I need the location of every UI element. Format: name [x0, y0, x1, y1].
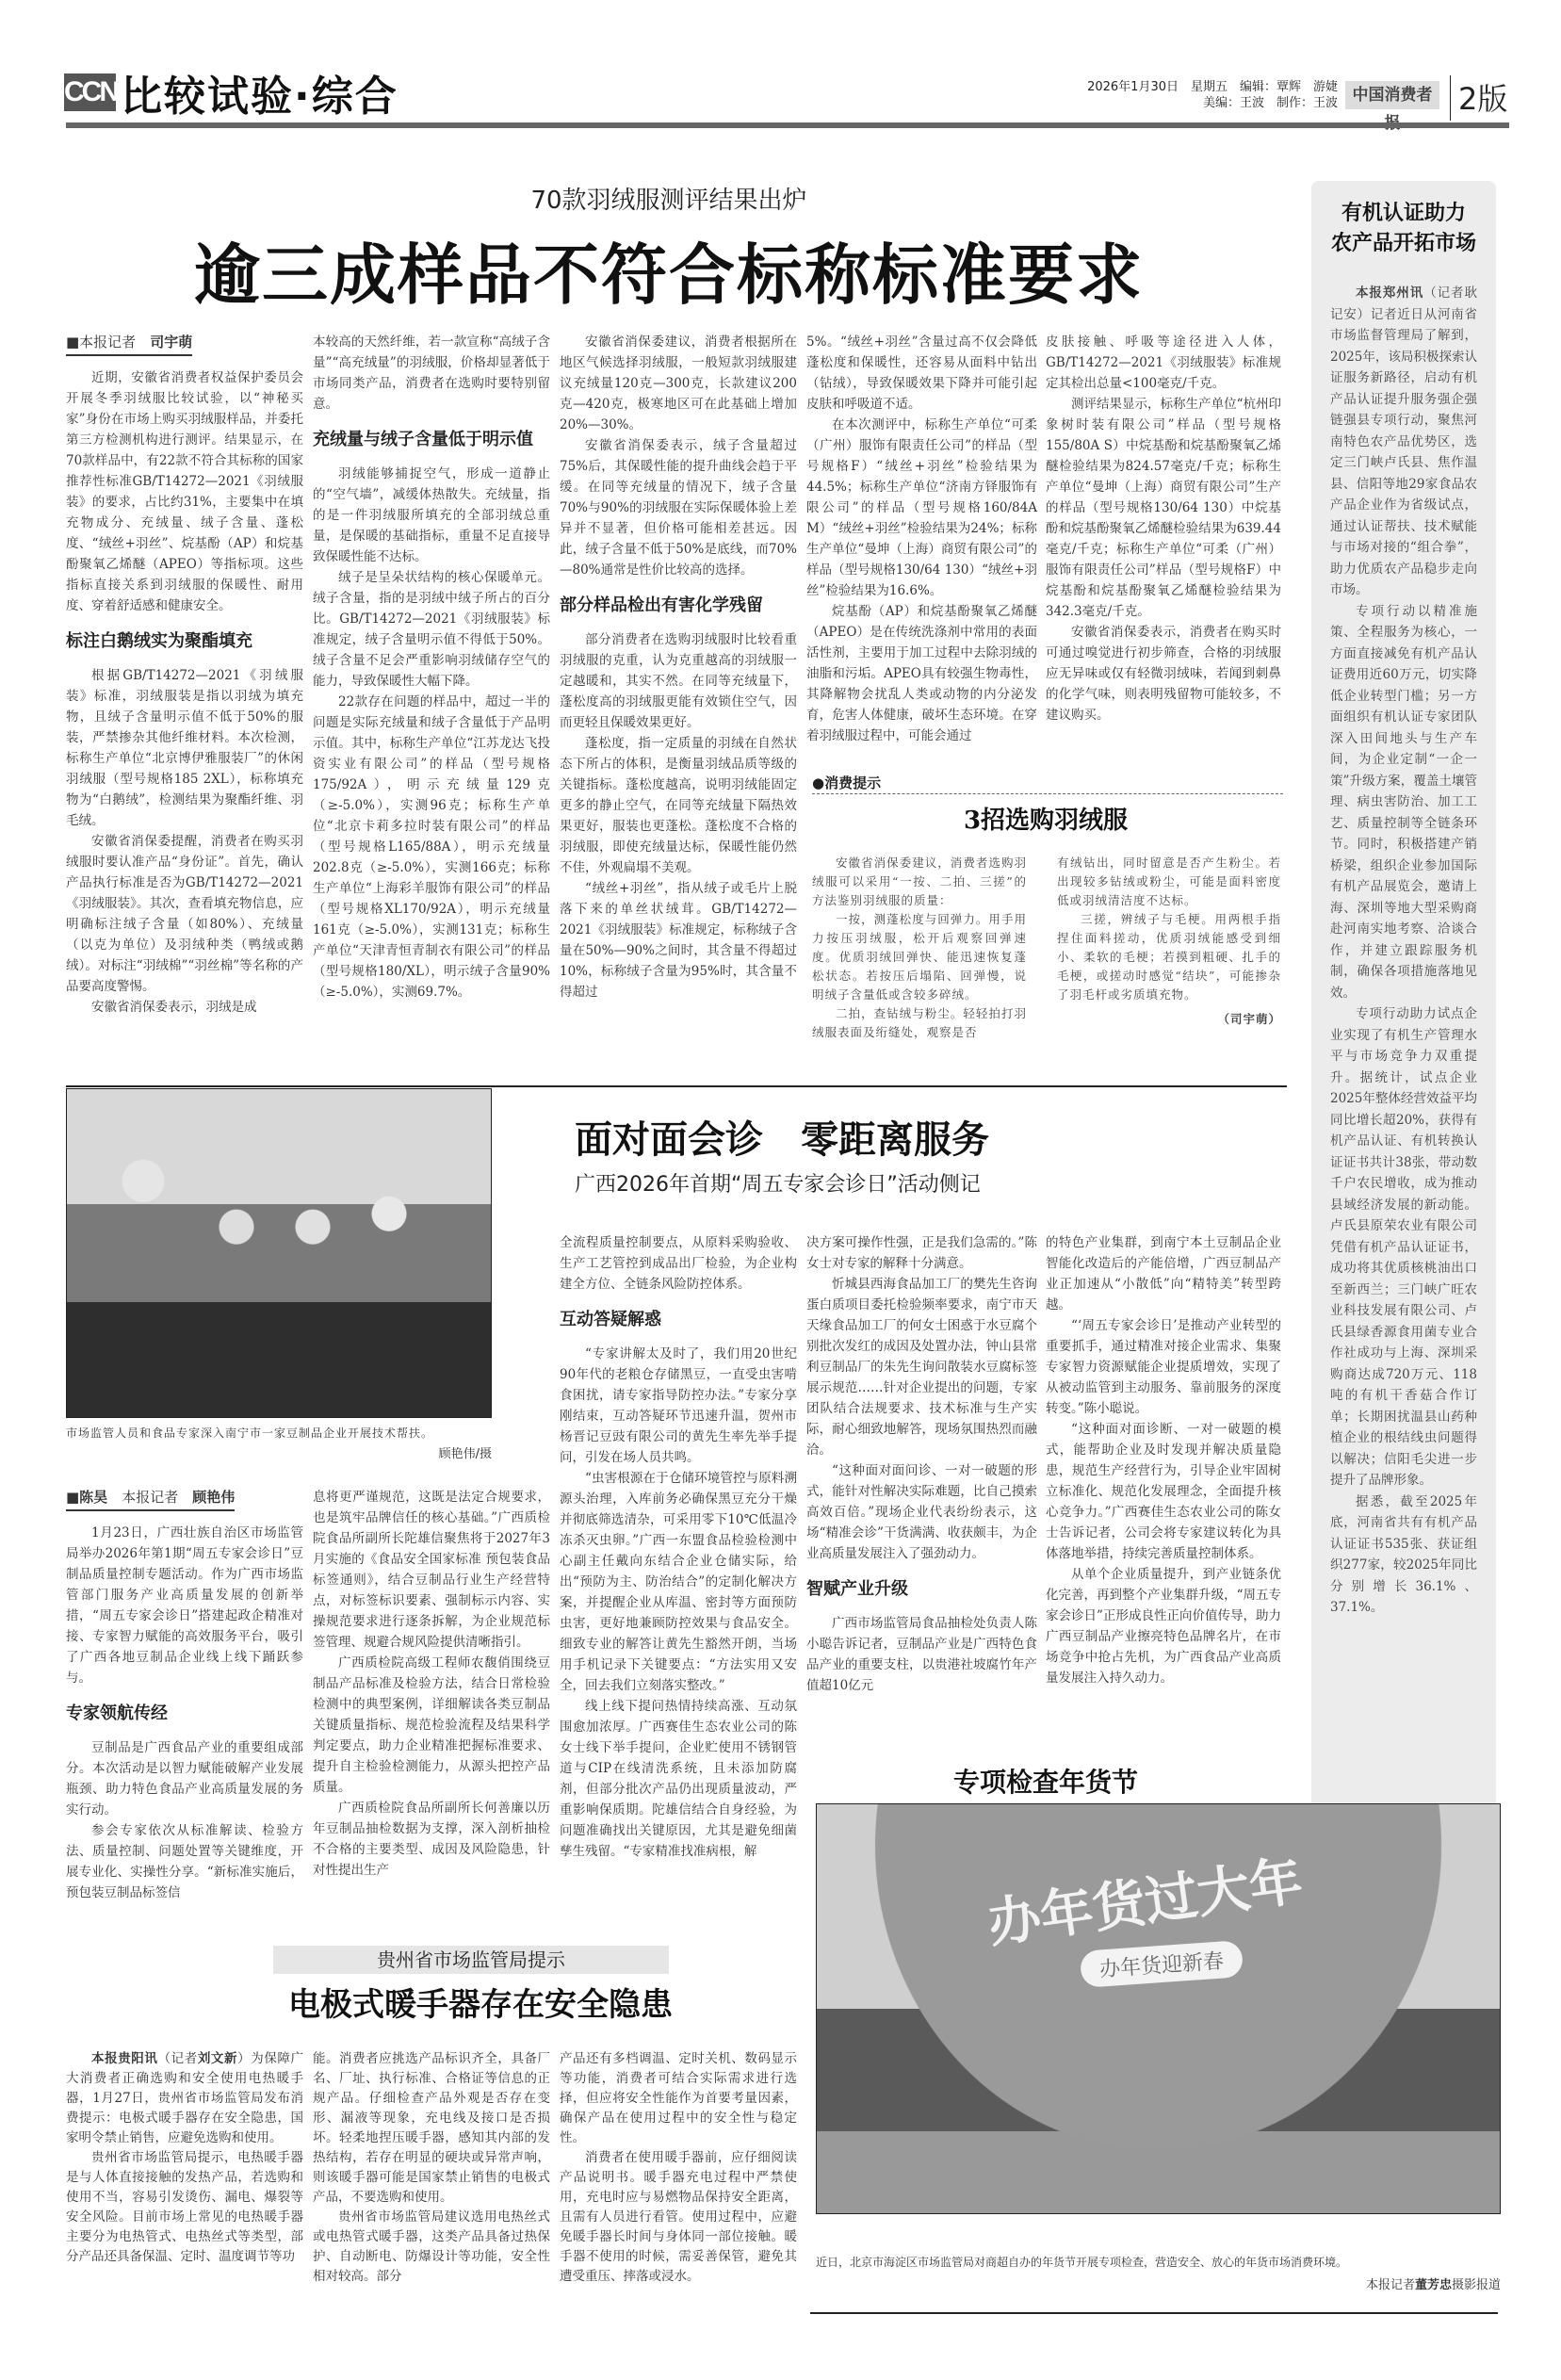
sidebar-article: 有机认证助力农产品开拓市场 本报郑州讯（记者耿记安）记者近日从河南省市场监督管理… [1311, 181, 1496, 1896]
paragraph: 本较高的天然纤维，若一款宣称“高绒子含量”“高充绒量”的羽绒服，价格却显著低于市… [313, 332, 550, 415]
issue-meta: 2026年1月30日 星期五 编辑：覃辉 游婕 美编：王波 制作：王波 [1055, 79, 1338, 111]
paragraph: 安徽省消保委建议，消费者根据所在地区气候选择羽绒服，一般短款羽绒服建议充绒量12… [560, 332, 797, 435]
sidebar-title: 有机认证助力农产品开拓市场 [1330, 198, 1477, 258]
lead-headline: 逾三成样品不符合标称标准要求 [57, 222, 1281, 318]
dateline: 本报贵阳讯 [91, 2051, 158, 2066]
guizhou-kicker: 贵州省市场监管局提示 [273, 1946, 669, 1974]
paragraph: 羽绒能够捕捉空气，形成一道静止的“空气墙”，减缓体热散失。充绒量，指的是一件羽绒… [313, 464, 550, 567]
guangxi-subtitle: 广西2026年首期“周五专家会诊日”活动侧记 [509, 1168, 1281, 1198]
paragraph: 线上线下提问热情持续高涨、互动氛围愈加浓厚。广西赛佳生态农业公司的陈女士线下举手… [560, 1696, 797, 1862]
tips-credit: （司宇萌） [1057, 1010, 1281, 1029]
date-line: 2026年1月30日 星期五 编辑：覃辉 游婕 [1055, 79, 1338, 95]
paragraph: 广西质检院食品所副所长何善廉以历年豆制品抽检数据为支撑，深入剖析抽检不合格的主要… [313, 1798, 550, 1881]
paragraph: 从单个企业质量提升，到产业链条优化完善，再到整个产业集群升级，“周五专家会诊日”… [1046, 1564, 1281, 1688]
guizhou-column-1: 本报贵阳讯（记者刘文新）为保障广大消费者正确选购和安全使用电热暖手器，1月27日… [66, 2049, 303, 2267]
paragraph: “虫害根源在于仓储环境管控与原料溯源头治理，入库前务必确保黑豆充分干燥并彻底筛选… [560, 1468, 797, 1696]
paragraph: 专项行动助力试点企业实现了有机生产管理水平与市场竞争力双重提升。据统计，试点企业… [1330, 1003, 1477, 1492]
staff-line: 美编：王波 制作：王波 [1055, 95, 1338, 111]
tips-column-2: 有绒钻出，同时留意是否产生粉尘。若出现较多钻绒或粉尘，可能是面料密度低或羽绒清洁… [1057, 854, 1281, 1029]
paragraph: 贵州省市场监管局建议选用电热丝式或电热管式暖手器，这类产品具备过热保护、自动断电… [313, 2208, 550, 2287]
paragraph: 安徽省消保委表示，羽绒是成 [66, 997, 303, 1018]
lead-kicker: 70款羽绒服测评结果出炉 [57, 181, 1281, 216]
subhead: 互动答疑解惑 [560, 1308, 797, 1332]
guangxi-column-4: 决方案可操作性强，正是我们急需的。”陈女士对专家的解释十分满意。 忻城县西海食品… [806, 1232, 1037, 1696]
paragraph: 部分消费者在选购羽绒服时比较看重羽绒服的克重，认为克重越高的羽绒服一定越暖和，其… [560, 629, 797, 733]
paragraph: 安徽省消保委建议，消费者选购羽绒服可以采用“一按、二拍、三搓”的方法鉴别羽绒服的… [812, 854, 1027, 910]
paragraph: 广西市场监管局食品抽检处负责人陈小聪告诉记者，豆制品产业是广西特色食品产业的重要… [806, 1613, 1037, 1696]
paragraph: 二拍，查钻绒与粉尘。轻轻拍打羽绒服表面及绗缝处，观察是否 [812, 1004, 1027, 1042]
news-photo-inspection [66, 1088, 492, 1418]
photo-caption: 近日，北京市海淀区市场监管局对商超自办的年货节开展专项检查，营造安全、放心的年货… [816, 2254, 1501, 2270]
subhead: 部分样品检出有害化学残留 [560, 594, 797, 618]
bottom-rule [810, 2312, 1498, 2314]
paragraph: 的特色产业集群，到南宁本土豆制品企业智能化改造后的产能倍增，广西豆制品产业正加速… [1046, 1232, 1281, 1315]
paragraph: 根据GB/T14272—2021《羽绒服装》标准，羽绒服装是指以羽绒为填充物，且… [66, 665, 303, 831]
guangxi-byline: ■陈昊 本报记者 顾艳伟 [66, 1487, 235, 1511]
paragraph: 据悉，截至2025年底，河南省共有有机产品认证证书535张、获证组织277家，较… [1330, 1492, 1477, 1619]
paragraph: 参会专家依次从标准解读、检验方法、质量控制、问题处置等关键维度，开展专业化、实操… [66, 1820, 303, 1903]
page-number: 2版 [1458, 75, 1507, 119]
paragraph: 豆制品是广西食品产业的重要组成部分。本次活动是以智力赋能破解产业发展瓶颈、助力特… [66, 1737, 303, 1820]
paragraph: 1月23日，广西壮族自治区市场监管局举办2026年第1期“周五专家会诊日”豆制品… [66, 1523, 303, 1688]
paragraph: 息将更严谨规范，这既是法定合规要求，也是筑牢品牌信任的核心基础。”广西质检院食品… [313, 1487, 550, 1653]
sidebar-body: 本报郑州讯（记者耿记安）记者近日从河南省市场监督管理局了解到，2025年，该局积… [1330, 283, 1477, 1619]
paragraph: 全流程质量控制要点，从原料采购验收、生产工艺管控到成品出厂检验，为企业构建全方位… [560, 1232, 797, 1295]
lead-column-3: 安徽省消保委建议，消费者根据所在地区气候选择羽绒服，一般短款羽绒服建议充绒量12… [560, 332, 797, 1003]
tips-title: 3招选购羽绒服 [810, 801, 1281, 836]
paragraph: 皮肤接触、呼吸等途径进入人体，GB/T14272—2021《羽绒服装》标准规定其… [1046, 332, 1281, 394]
paragraph: 决方案可操作性强，正是我们急需的。”陈女士对专家的解释十分满意。 [806, 1232, 1037, 1274]
subhead: 充绒量与绒子含量低于明示值 [313, 428, 550, 452]
dateline: 本报郑州讯 [1356, 285, 1423, 301]
paragraph: 安徽省消保委表示，消费者在购买时可通过嗅觉进行初步筛查，合格的羽绒服应无异味或仅… [1046, 622, 1281, 725]
paragraph: “这种面对面诊断、一对一破题的模式，能帮助企业及时发现并解决质量隐患，规范生产经… [1046, 1419, 1281, 1564]
tips-column-1: 安徽省消保委建议，消费者选购羽绒服可以采用“一按、二拍、三搓”的方法鉴别羽绒服的… [812, 854, 1027, 1042]
paragraph: 记者近日从河南省市场监督管理局了解到，2025年，该局积极探索认证服务新路径，启… [1330, 307, 1477, 598]
subhead: 专家领航传经 [66, 1702, 303, 1726]
section-divider [66, 1085, 1287, 1087]
paragraph: “‘周五专家会诊日’是推动产业转型的重要抓手，通过精准对接企业需求、集聚专家智力… [1046, 1315, 1281, 1419]
paragraph: 烷基酚（AP）和烷基酚聚氧乙烯醚（APEO）是在传统洗涤剂中常用的表面活性剂，主… [806, 601, 1037, 746]
photo-credit: 顾艳伟/摄 [66, 1443, 492, 1461]
lead-column-5: 皮肤接触、呼吸等途径进入人体，GB/T14272—2021《羽绒服装》标准规定其… [1046, 332, 1281, 725]
guangxi-column-5: 的特色产业集群，到南宁本土豆制品企业智能化改造后的产能倍增，广西豆制品产业正加速… [1046, 1232, 1281, 1688]
paragraph: 贵州省市场监管局提示，电热暖手器是与人体直接接触的发热产品，若选购和使用不当，容… [66, 2148, 303, 2267]
paragraph: 忻城县西海食品加工厂的樊先生咨询蛋白质项目委托检验频率要求，南宁市天天缘食品加工… [806, 1274, 1037, 1460]
paragraph: 三搓，辨绒子与毛梗。用两根手指捏住面料搓动，优质羽绒能感受到细小、柔软的毛梗；若… [1057, 910, 1281, 1004]
paragraph: “绒丝+羽丝”，指从绒子或毛片上脱落下来的单丝状绒茸。GB/T14272—202… [560, 878, 797, 1003]
section-title: 比较试验·综合 [121, 62, 398, 122]
divider [1450, 75, 1451, 121]
paragraph: 消费者在使用暖手器前，应仔细阅读产品说明书。暖手器充电过程中严禁使用，充电时应与… [560, 2148, 797, 2287]
paragraph: 有绒钻出，同时留意是否产生粉尘。若出现较多钻绒或粉尘，可能是面料密度低或羽绒清洁… [1057, 854, 1281, 910]
paragraph: 产品还有多档调温、定时关机、数码显示等功能，消费者可结合实际需求进行选择，但应将… [560, 2049, 797, 2148]
news-photo-new-year-market: 办年货过大年 办年货迎新春 [816, 1803, 1501, 2214]
paragraph: 在本次测评中，标称生产单位“可柔（广州）服饰有限责任公司”的样品（型号规格F）“… [806, 415, 1037, 601]
paragraph: 广西质检院高级工程师农馥俏围绕豆制品产品标准及检验方法，结合日常检验检测中的典型… [313, 1653, 550, 1798]
photo-credit: 本报记者董芳忠摄影报道 [816, 2274, 1501, 2292]
photo-story-title: 专项检查年货节 [810, 1762, 1281, 1800]
lead-column-1: ■本报记者 司宇萌 近期，安徽省消费者权益保护委员会开展冬季羽绒服比较试验，以“… [66, 332, 303, 1018]
paragraph: 安徽省消保委表示，绒子含量超过75%后，其保暖性能的提升曲线会趋于平缓。在同等充… [560, 435, 797, 580]
guangxi-headline: 面对面会诊 零距离服务 [509, 1110, 1281, 1164]
tips-label: ●消费提示 [812, 773, 1283, 794]
paragraph: 安徽省消保委提醒，消费者在购买羽绒服时要认准产品“身份证”。首先，确认产品执行标… [66, 831, 303, 997]
guizhou-headline: 电极式暖手器存在安全隐患 [104, 1979, 857, 2025]
paragraph: 专项行动以精准施策、全程服务为核心，一方面直接减免有机产品认证费用近60万元，切… [1330, 601, 1477, 1004]
newspaper-name: 中国消费者报 [1345, 81, 1439, 109]
paragraph: “这种面对面问诊、一对一破题的形式，能针对性解决实际难题，比自己摸索高效百倍。”… [806, 1460, 1037, 1564]
guangxi-column-3: 全流程质量控制要点，从原料采购验收、生产工艺管控到成品出厂检验，为企业构建全方位… [560, 1232, 797, 1862]
lead-byline: ■本报记者 司宇萌 [66, 332, 192, 356]
paragraph: 22款存在问题的样品中，超过一半的问题是实际充绒量和绒子含量低于产品明示值。其中… [313, 692, 550, 1003]
reporter: 刘文新 [198, 2051, 237, 2066]
paragraph: 一按，测蓬松度与回弹力。用手用力按压羽绒服，松开后观察回弹速度。优质羽绒回弹快、… [812, 910, 1027, 1004]
guizhou-column-2: 能。消费者应挑选产品标识齐全，具备厂名、厂址、执行标准、合格证等信息的正规产品。… [313, 2049, 550, 2287]
paragraph: 蓬松度，指一定质量的羽绒在自然状态下所占的体积，是衡量羽绒品质等级的关键指标。蓬… [560, 733, 797, 878]
masthead-rule [66, 122, 1509, 128]
subhead: 智赋产业升级 [806, 1577, 1037, 1602]
photo-caption: 市场监管人员和食品专家深入南宁市一家豆制品企业开展技术帮扶。 [66, 1425, 492, 1441]
guangxi-column-1: ■陈昊 本报记者 顾艳伟 1月23日，广西壮族自治区市场监管局举办2026年第1… [66, 1487, 303, 1903]
lead-column-4: 5%。“绒丝+羽丝”含量过高不仅会降低蓬松度和保暖性，还容易从面料中钻出（钻绒）… [806, 332, 1037, 746]
guangxi-column-2: 息将更严谨规范，这既是法定合规要求，也是筑牢品牌信任的核心基础。”广西质检院食品… [313, 1487, 550, 1881]
section-logo: CCN [64, 73, 116, 111]
paragraph: 5%。“绒丝+羽丝”含量过高不仅会降低蓬松度和保暖性，还容易从面料中钻出（钻绒）… [806, 332, 1037, 415]
paragraph: 测评结果显示，标称生产单位“杭州印象树时装有限公司”样品（型号规格155/80A… [1046, 394, 1281, 622]
paragraph: “专家讲解太及时了，我们用20世纪90年代的老粮仓存储黑豆，一直受虫害啃食困扰，… [560, 1344, 797, 1468]
paragraph: 近期，安徽省消费者权益保护委员会开展冬季羽绒服比较试验，以“神秘买家”身份在市场… [66, 367, 303, 616]
subhead: 标注白鹅绒实为聚酯填充 [66, 629, 303, 654]
lead-column-2: 本较高的天然纤维，若一款宣称“高绒子含量”“高充绒量”的羽绒服，价格却显著低于市… [313, 332, 550, 1003]
guizhou-column-3: 产品还有多档调温、定时关机、数码显示等功能，消费者可结合实际需求进行选择，但应将… [560, 2049, 797, 2287]
paragraph: 能。消费者应挑选产品标识齐全，具备厂名、厂址、执行标准、合格证等信息的正规产品。… [313, 2049, 550, 2208]
paragraph: 绒子是呈朵状结构的核心保暖单元。绒子含量，指的是羽绒中绒子所占的百分比。GB/T… [313, 567, 550, 692]
